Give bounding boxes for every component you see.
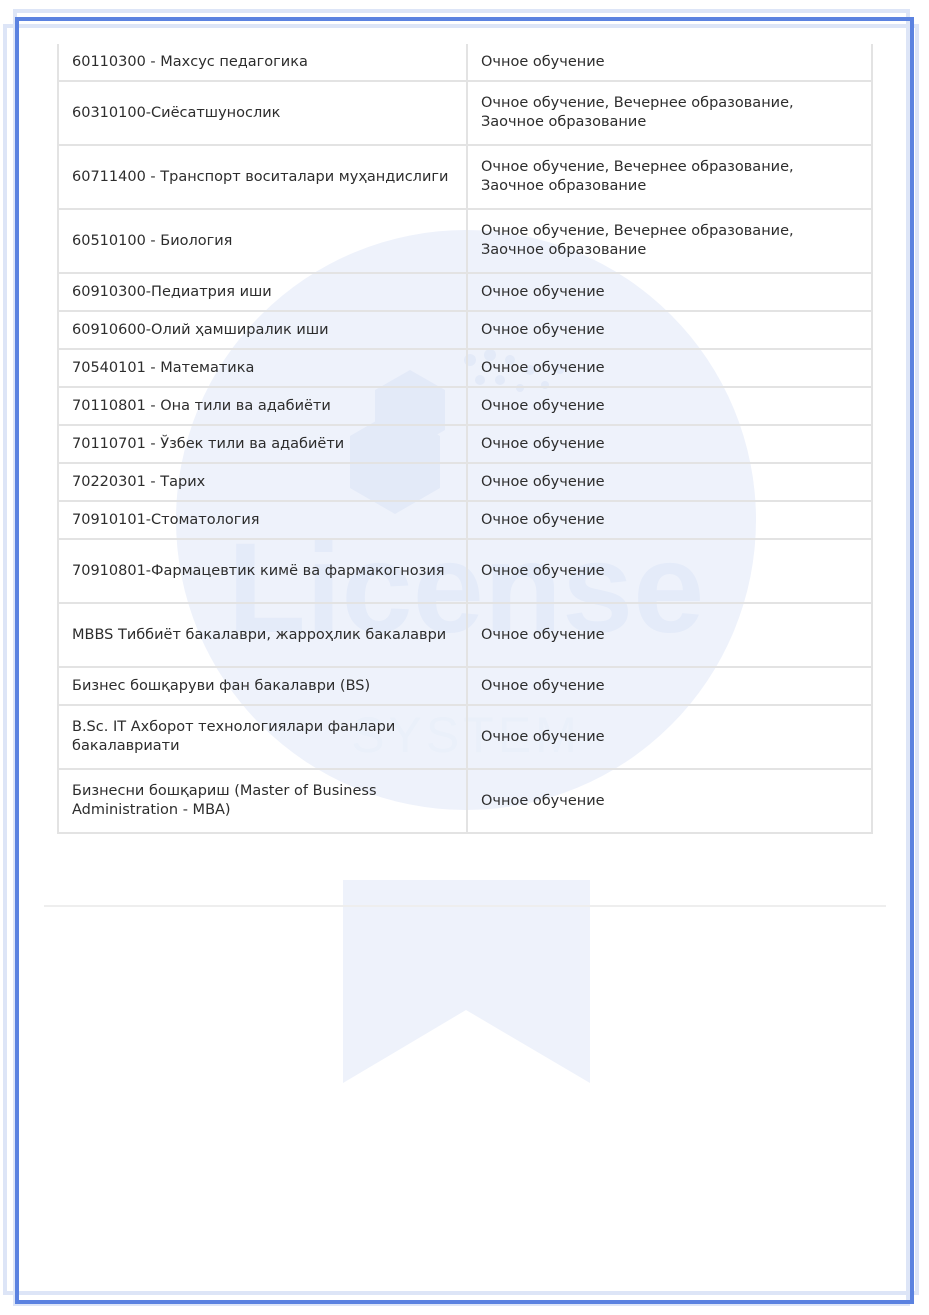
table-row: 60910300-Педиатрия ишиОчное обучение bbox=[58, 273, 872, 311]
study-form-cell: Очное обучение bbox=[467, 603, 872, 667]
study-form-cell: Очное обучение bbox=[467, 705, 872, 769]
divider bbox=[44, 905, 886, 907]
table-row: Бизнес бошқаруви фан бакалаври (BS)Очное… bbox=[58, 667, 872, 705]
program-name-cell: 70110701 - Ўзбек тили ва адабиёти bbox=[58, 425, 467, 463]
table-row: 70540101 - МатематикаОчное обучение bbox=[58, 349, 872, 387]
program-name-cell: 70110801 - Она тили ва адабиёти bbox=[58, 387, 467, 425]
program-name-cell: 70910801-Фармацевтик кимё ва фармакогноз… bbox=[58, 539, 467, 603]
table-row: 60510100 - БиологияОчное обучение, Вечер… bbox=[58, 209, 872, 273]
program-name-cell: MBBS Тиббиёт бакалаври, жарроҳлик бакала… bbox=[58, 603, 467, 667]
program-name-cell: 70910101-Стоматология bbox=[58, 501, 467, 539]
table-row: 70910801-Фармацевтик кимё ва фармакогноз… bbox=[58, 539, 872, 603]
study-form-cell: Очное обучение bbox=[467, 425, 872, 463]
program-name-cell: 60910300-Педиатрия иши bbox=[58, 273, 467, 311]
study-form-cell: Очное обучение bbox=[467, 273, 872, 311]
program-name-cell: 60711400 - Транспорт воситалари муҳандис… bbox=[58, 145, 467, 209]
table-row: 70220301 - ТарихОчное обучение bbox=[58, 463, 872, 501]
table-row: 70910101-СтоматологияОчное обучение bbox=[58, 501, 872, 539]
table-row: MBBS Тиббиёт бакалаври, жарроҳлик бакала… bbox=[58, 603, 872, 667]
table-row: 60110300 - Махсус педагогикаОчное обучен… bbox=[58, 44, 872, 81]
program-name-cell: 60110300 - Махсус педагогика bbox=[58, 44, 467, 81]
table-row: 70110801 - Она тили ва адабиётиОчное обу… bbox=[58, 387, 872, 425]
table-row: 70110701 - Ўзбек тили ва адабиётиОчное о… bbox=[58, 425, 872, 463]
study-form-cell: Очное обучение bbox=[467, 501, 872, 539]
study-form-cell: Очное обучение bbox=[467, 44, 872, 81]
programs-table: 60110300 - Махсус педагогикаОчное обучен… bbox=[57, 44, 873, 834]
study-form-cell: Очное обучение, Вечернее образование, За… bbox=[467, 209, 872, 273]
ribbon-tail-shape bbox=[343, 880, 590, 1083]
program-name-cell: B.Sc. IT Ахборот технологиялари фанлари … bbox=[58, 705, 467, 769]
study-form-cell: Очное обучение bbox=[467, 667, 872, 705]
study-form-cell: Очное обучение bbox=[467, 769, 872, 833]
program-name-cell: 60310100-Сиёсатшунослик bbox=[58, 81, 467, 145]
program-name-cell: 60910600-Олий ҳамширалик иши bbox=[58, 311, 467, 349]
program-name-cell: Бизнес бошқаруви фан бакалаври (BS) bbox=[58, 667, 467, 705]
study-form-cell: Очное обучение bbox=[467, 539, 872, 603]
program-name-cell: 70220301 - Тарих bbox=[58, 463, 467, 501]
program-name-cell: 70540101 - Математика bbox=[58, 349, 467, 387]
table-row: 60910600-Олий ҳамширалик ишиОчное обучен… bbox=[58, 311, 872, 349]
study-form-cell: Очное обучение bbox=[467, 311, 872, 349]
program-name-cell: Бизнесни бошқариш (Master of Business Ad… bbox=[58, 769, 467, 833]
study-form-cell: Очное обучение, Вечернее образование, За… bbox=[467, 81, 872, 145]
table-row: B.Sc. IT Ахборот технологиялари фанлари … bbox=[58, 705, 872, 769]
study-form-cell: Очное обучение bbox=[467, 463, 872, 501]
study-form-cell: Очное обучение bbox=[467, 349, 872, 387]
study-form-cell: Очное обучение, Вечернее образование, За… bbox=[467, 145, 872, 209]
table-row: 60711400 - Транспорт воситалари муҳандис… bbox=[58, 145, 872, 209]
study-form-cell: Очное обучение bbox=[467, 387, 872, 425]
table-row: Бизнесни бошқариш (Master of Business Ad… bbox=[58, 769, 872, 833]
table-row: 60310100-СиёсатшуносликОчное обучение, В… bbox=[58, 81, 872, 145]
program-name-cell: 60510100 - Биология bbox=[58, 209, 467, 273]
